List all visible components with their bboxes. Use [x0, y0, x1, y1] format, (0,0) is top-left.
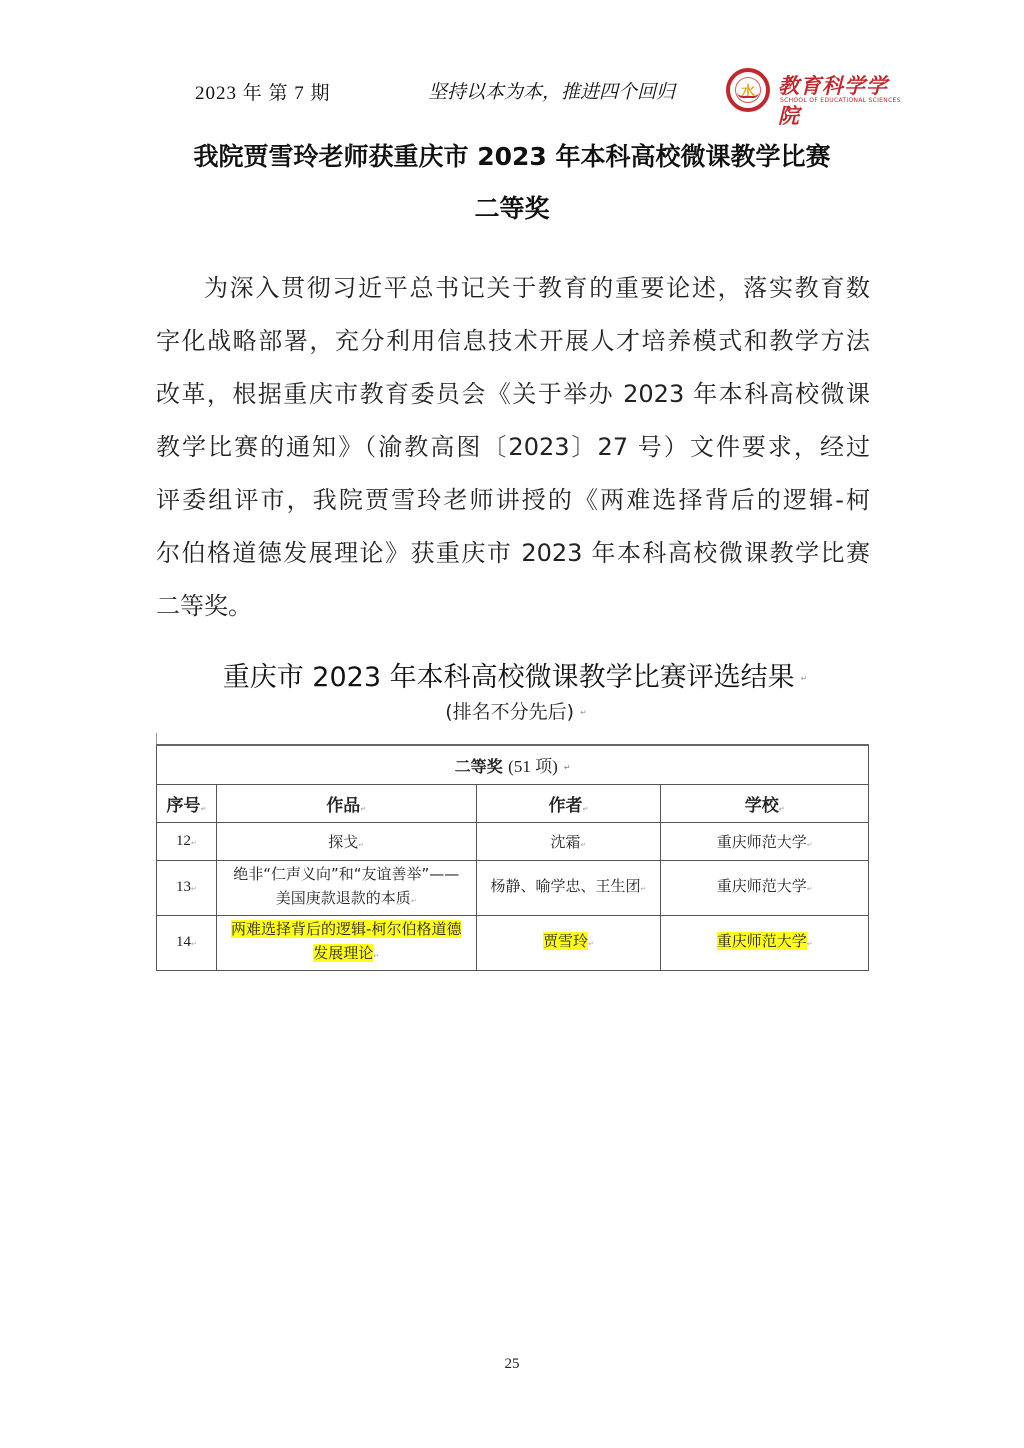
- article-body: 为深入贯彻习近平总书记关于教育的重要论述，落实教育数 字化战略部署，充分利用信息…: [156, 262, 870, 633]
- work-title: 探戈↵: [216, 822, 476, 860]
- body-line: 尔伯格道德发展理论》获重庆市 2023 年本科高校微课教学比赛: [156, 527, 870, 580]
- school: 重庆师范大学↵: [661, 915, 869, 970]
- results-title: 重庆市 2023 年本科高校微课教学比赛评选结果↵: [0, 655, 1024, 694]
- school: 重庆师范大学↵: [661, 822, 869, 860]
- body-line: 改革，根据重庆市教育委员会《关于举办 2023 年本科高校微课: [156, 368, 870, 421]
- author: 沈霜↵: [476, 822, 661, 860]
- author: 贾雪玲↵: [476, 915, 661, 970]
- results-table: 二等奖 (51 项)↵ 序号↵ 作品↵ 作者↵ 学校↵ 12↵ 探戈↵ 沈霜↵ …: [156, 744, 869, 971]
- table-row: 12↵ 探戈↵ 沈霜↵ 重庆师范大学↵: [157, 822, 869, 860]
- table-header-row: 序号↵ 作品↵ 作者↵ 学校↵: [157, 784, 869, 822]
- results-subtitle: (排名不分先后)↵: [0, 697, 1024, 724]
- table-row-highlighted: 14↵ 两难选择背后的逻辑-柯尔伯格道德发展理论↵ 贾雪玲↵ 重庆师范大学↵: [157, 915, 869, 970]
- table-row: 13↵ 绝非“仁声义向”和“友谊善举”——美国庚款退款的本质↵ 杨静、喻学忠、王…: [157, 860, 869, 915]
- body-line: 评委组评市，我院贾雪玲老师讲授的《两难选择背后的逻辑-柯: [156, 474, 870, 527]
- column-header: 序号↵: [157, 784, 217, 822]
- column-header: 作者↵: [476, 784, 661, 822]
- book-icon: [737, 92, 759, 98]
- body-line: 字化战略部署，充分利用信息技术开展人才培养模式和教学方法: [156, 315, 870, 368]
- article-title-line2: 二等奖: [0, 189, 1024, 225]
- page-header: 2023 年 第 7 期 坚持以本为本，推进四个回归 水 教育科学学院 SCHO…: [0, 68, 1024, 112]
- slogan: 坚持以本为本，推进四个回归: [428, 77, 675, 104]
- work-title: 两难选择背后的逻辑-柯尔伯格道德发展理论↵: [216, 915, 476, 970]
- body-line: 为深入贯彻习近平总书记关于教育的重要论述，落实教育数: [156, 262, 870, 315]
- article-title: 我院贾雪玲老师获重庆市 2023 年本科高校微课教学比赛: [0, 137, 1024, 173]
- school-logo: 水 教育科学学院 SCHOOL OF EDUCATIONAL SCIENCES: [726, 68, 906, 112]
- row-number: 12↵: [157, 822, 217, 860]
- column-header: 学校↵: [661, 784, 869, 822]
- page-number: 25: [0, 1356, 1024, 1373]
- school: 重庆师范大学↵: [661, 860, 869, 915]
- prize-header: 二等奖 (51 项)↵: [157, 745, 869, 784]
- row-number: 14↵: [157, 915, 217, 970]
- body-line: 教学比赛的通知》（渝教高图〔2023〕27 号）文件要求，经过: [156, 421, 870, 474]
- logo-name-en: SCHOOL OF EDUCATIONAL SCIENCES: [780, 97, 901, 104]
- body-line: 二等奖。: [156, 580, 870, 633]
- work-title: 绝非“仁声义向”和“友谊善举”——美国庚款退款的本质↵: [216, 860, 476, 915]
- row-number: 13↵: [157, 860, 217, 915]
- school-emblem-icon: 水: [726, 68, 770, 112]
- author: 杨静、喻学忠、王生团↵: [476, 860, 661, 915]
- column-header: 作品↵: [216, 784, 476, 822]
- issue-label: 2023 年 第 7 期: [195, 78, 331, 105]
